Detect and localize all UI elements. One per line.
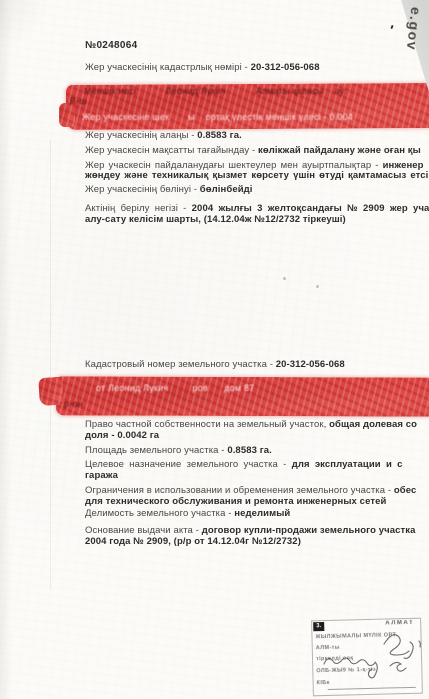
- redacted-ghost-text: р-он: [64, 399, 83, 410]
- redacted-ghost-text: от Леонид Лукич ров дом 87: [96, 383, 254, 394]
- text-line: Жер учаскесінің алаңы - 0.8583 га.: [85, 130, 242, 141]
- redacted-ghost-text: Жер учаскесіне шек ы ортақ үлестік менші…: [82, 112, 353, 123]
- redacted-ghost-text: Меншік иесі Леонид Лукич Алматы қаласы ә…: [84, 86, 344, 97]
- stamp-header: АЛМАТ: [385, 620, 414, 627]
- handwriting-signature: [318, 628, 428, 690]
- text-line: Актінің берілу негізі - 2004 жылғы 3 жел…: [85, 203, 429, 214]
- text-line: гаража: [85, 470, 118, 481]
- text-line: Кадастровый номер земельного участка - 2…: [85, 359, 345, 370]
- scan-speck: [283, 277, 286, 280]
- redacted-ghost-text: В-ш: [70, 96, 87, 107]
- text-line: Ограничения в использовании и обременени…: [85, 485, 416, 496]
- scanned-land-act-document: e.gov №0248064 Жер учаскесінің кадастрлы…: [0, 0, 429, 699]
- text-line: Жер учаскесінің кадастрлық нөмірі - 20-3…: [85, 62, 320, 73]
- document-number: №0248064: [85, 40, 137, 51]
- text-line: для технического обслуживания и ремонта …: [85, 496, 386, 507]
- text-line: Основание выдачи акта - договор купли-пр…: [85, 525, 416, 536]
- text-line: Жер учаскесінің бөлінуі - бөлінбейді: [85, 184, 253, 195]
- scan-speck: [316, 285, 319, 288]
- text-line: Целевое назначение земельного участка - …: [85, 459, 403, 470]
- text-line: алу-сату келісім шарты, (14.12.04ж №12/2…: [85, 214, 346, 225]
- text-line: Площадь земельного участка - 0.8583 га.: [85, 445, 272, 456]
- text-line: Жер учаскесін мақсатты тағайындау - көлі…: [85, 145, 421, 156]
- text-line: жөндеу және техникалық қызмет көрсету үш…: [85, 170, 428, 181]
- text-line: 2004 года № 2909, (р/р от 14.12.04г №12/…: [85, 536, 301, 547]
- text-line: Право частной собственности на земельный…: [85, 419, 417, 430]
- text-line: Делимость земельного участка - неделимый: [85, 508, 290, 519]
- ink-speck: [390, 25, 393, 29]
- paper-fold-line: [50, 140, 51, 590]
- text-line: доля - 0.0042 га: [85, 430, 159, 441]
